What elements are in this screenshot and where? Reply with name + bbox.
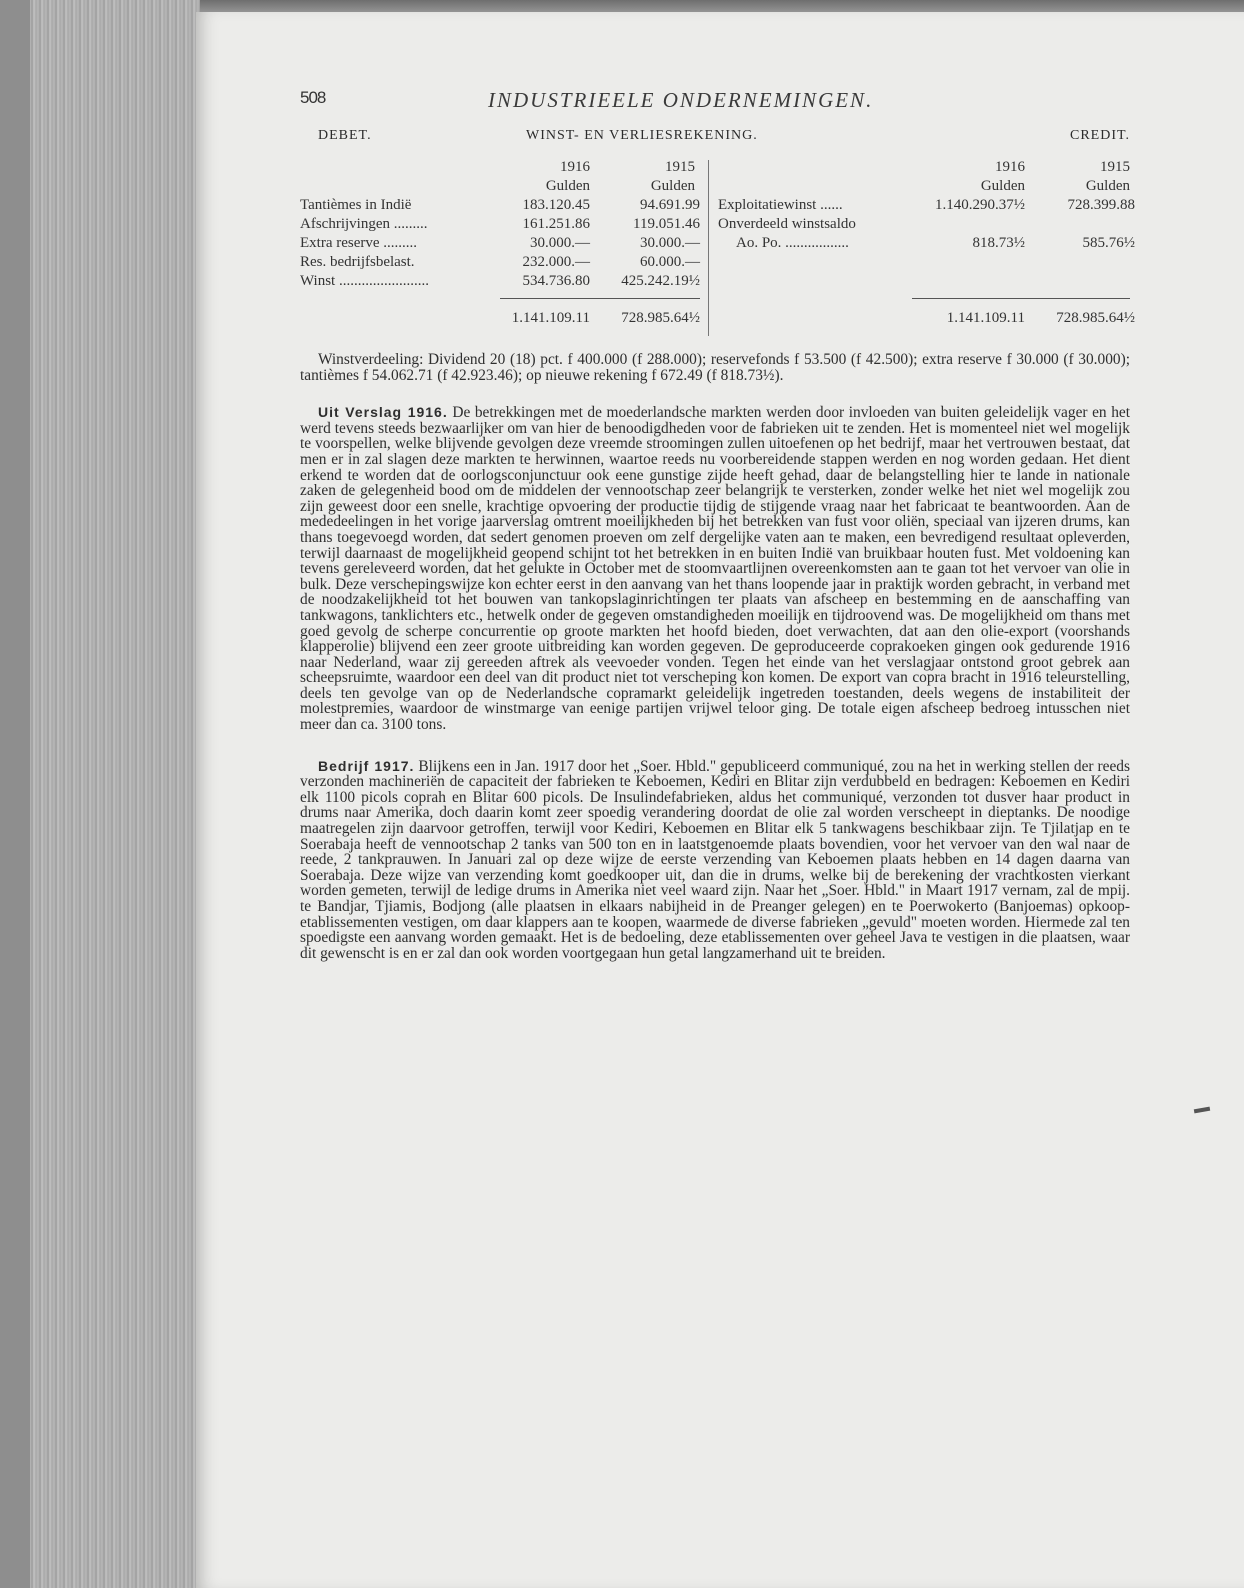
section-verslag-1916: Uit Verslag 1916. De betrekkingen met de… — [300, 405, 1130, 732]
book-page: 508 INDUSTRIEELE ONDERNEMINGEN. DEBET. W… — [196, 12, 1244, 1588]
credit-row-label: Onverdeeld winstsaldo — [718, 215, 938, 234]
credit-row-label: Exploitatiewinst ...... — [718, 196, 938, 215]
section-text: Blijkens een in Jan. 1917 door het „Soer… — [300, 758, 1130, 962]
debet-row-1916: 534.736.80 — [490, 272, 590, 291]
debet-label: DEBET. — [318, 128, 372, 144]
debet-col-unit-1915: Gulden — [595, 177, 695, 196]
credit-col-unit-1916: Gulden — [930, 177, 1025, 196]
running-title: INDUSTRIEELE ONDERNEMINGEN. — [488, 88, 873, 113]
credit-row-1915: 728.399.88 — [1030, 196, 1135, 215]
credit-label: CREDIT. — [1070, 128, 1130, 144]
debet-row-1915: 30.000.— — [595, 234, 700, 253]
credit-total-1915: 728.985.64½ — [1030, 309, 1135, 328]
credit-col-year-1916: 1916 — [930, 158, 1025, 177]
debet-total-rule — [500, 298, 700, 299]
book-page-edges — [0, 0, 200, 1588]
debet-col-unit-1916: Gulden — [500, 177, 590, 196]
debet-row-label: Extra reserve ......... — [300, 234, 500, 253]
account-heading: DEBET. WINST- EN VERLIESREKENING. CREDIT… — [300, 120, 1130, 158]
debet-row-1915: 425.242.19½ — [595, 272, 700, 291]
section-bedrijf-1917: Bedrijf 1917. Blijkens een in Jan. 1917 … — [300, 759, 1130, 962]
section-text: De betrekkingen met de moederlandsche ma… — [300, 404, 1130, 733]
debet-row-1915: 94.691.99 — [595, 196, 700, 215]
running-head: 508 INDUSTRIEELE ONDERNEMINGEN. — [300, 80, 1130, 120]
page-content: 508 INDUSTRIEELE ONDERNEMINGEN. DEBET. W… — [300, 80, 1130, 961]
page-number: 508 — [300, 88, 325, 108]
debet-row-1916: 161.251.86 — [490, 215, 590, 234]
account-title: WINST- EN VERLIESREKENING. — [526, 128, 758, 144]
profit-distribution: Winstverdeeling: Dividend 20 (18) pct. f… — [300, 352, 1130, 383]
debet-total-1915: 728.985.64½ — [595, 309, 700, 328]
debet-col-year-1915: 1915 — [595, 158, 695, 177]
debet-row-1916: 30.000.— — [490, 234, 590, 253]
debet-row-1916: 232.000.— — [490, 253, 590, 272]
debet-row-label: Winst ........................ — [300, 272, 500, 291]
credit-row-1915: 585.76½ — [1030, 234, 1135, 253]
debet-row-label: Afschrijvingen ......... — [300, 215, 500, 234]
scan-speck — [1194, 1107, 1210, 1114]
profit-loss-table: 1916 1915 Gulden Gulden 1916 1915 Gulden… — [300, 158, 1130, 338]
section-lead: Bedrijf 1917. — [318, 758, 414, 774]
credit-total-rule — [912, 298, 1130, 299]
debet-row-1916: 183.120.45 — [490, 196, 590, 215]
debet-total-1916: 1.141.109.11 — [490, 309, 590, 328]
column-divider — [708, 160, 709, 336]
debet-row-1915: 119.051.46 — [595, 215, 700, 234]
credit-row-1916: 1.140.290.37½ — [920, 196, 1025, 215]
credit-row-1916: 818.73½ — [920, 234, 1025, 253]
credit-col-unit-1915: Gulden — [1030, 177, 1130, 196]
credit-col-year-1915: 1915 — [1030, 158, 1130, 177]
section-lead: Uit Verslag 1916. — [318, 404, 448, 420]
credit-total-1916: 1.141.109.11 — [920, 309, 1025, 328]
debet-col-year-1916: 1916 — [500, 158, 590, 177]
debet-row-1915: 60.000.— — [595, 253, 700, 272]
debet-row-label: Tantièmes in Indië — [300, 196, 500, 215]
debet-row-label: Res. bedrijfsbelast. — [300, 253, 500, 272]
